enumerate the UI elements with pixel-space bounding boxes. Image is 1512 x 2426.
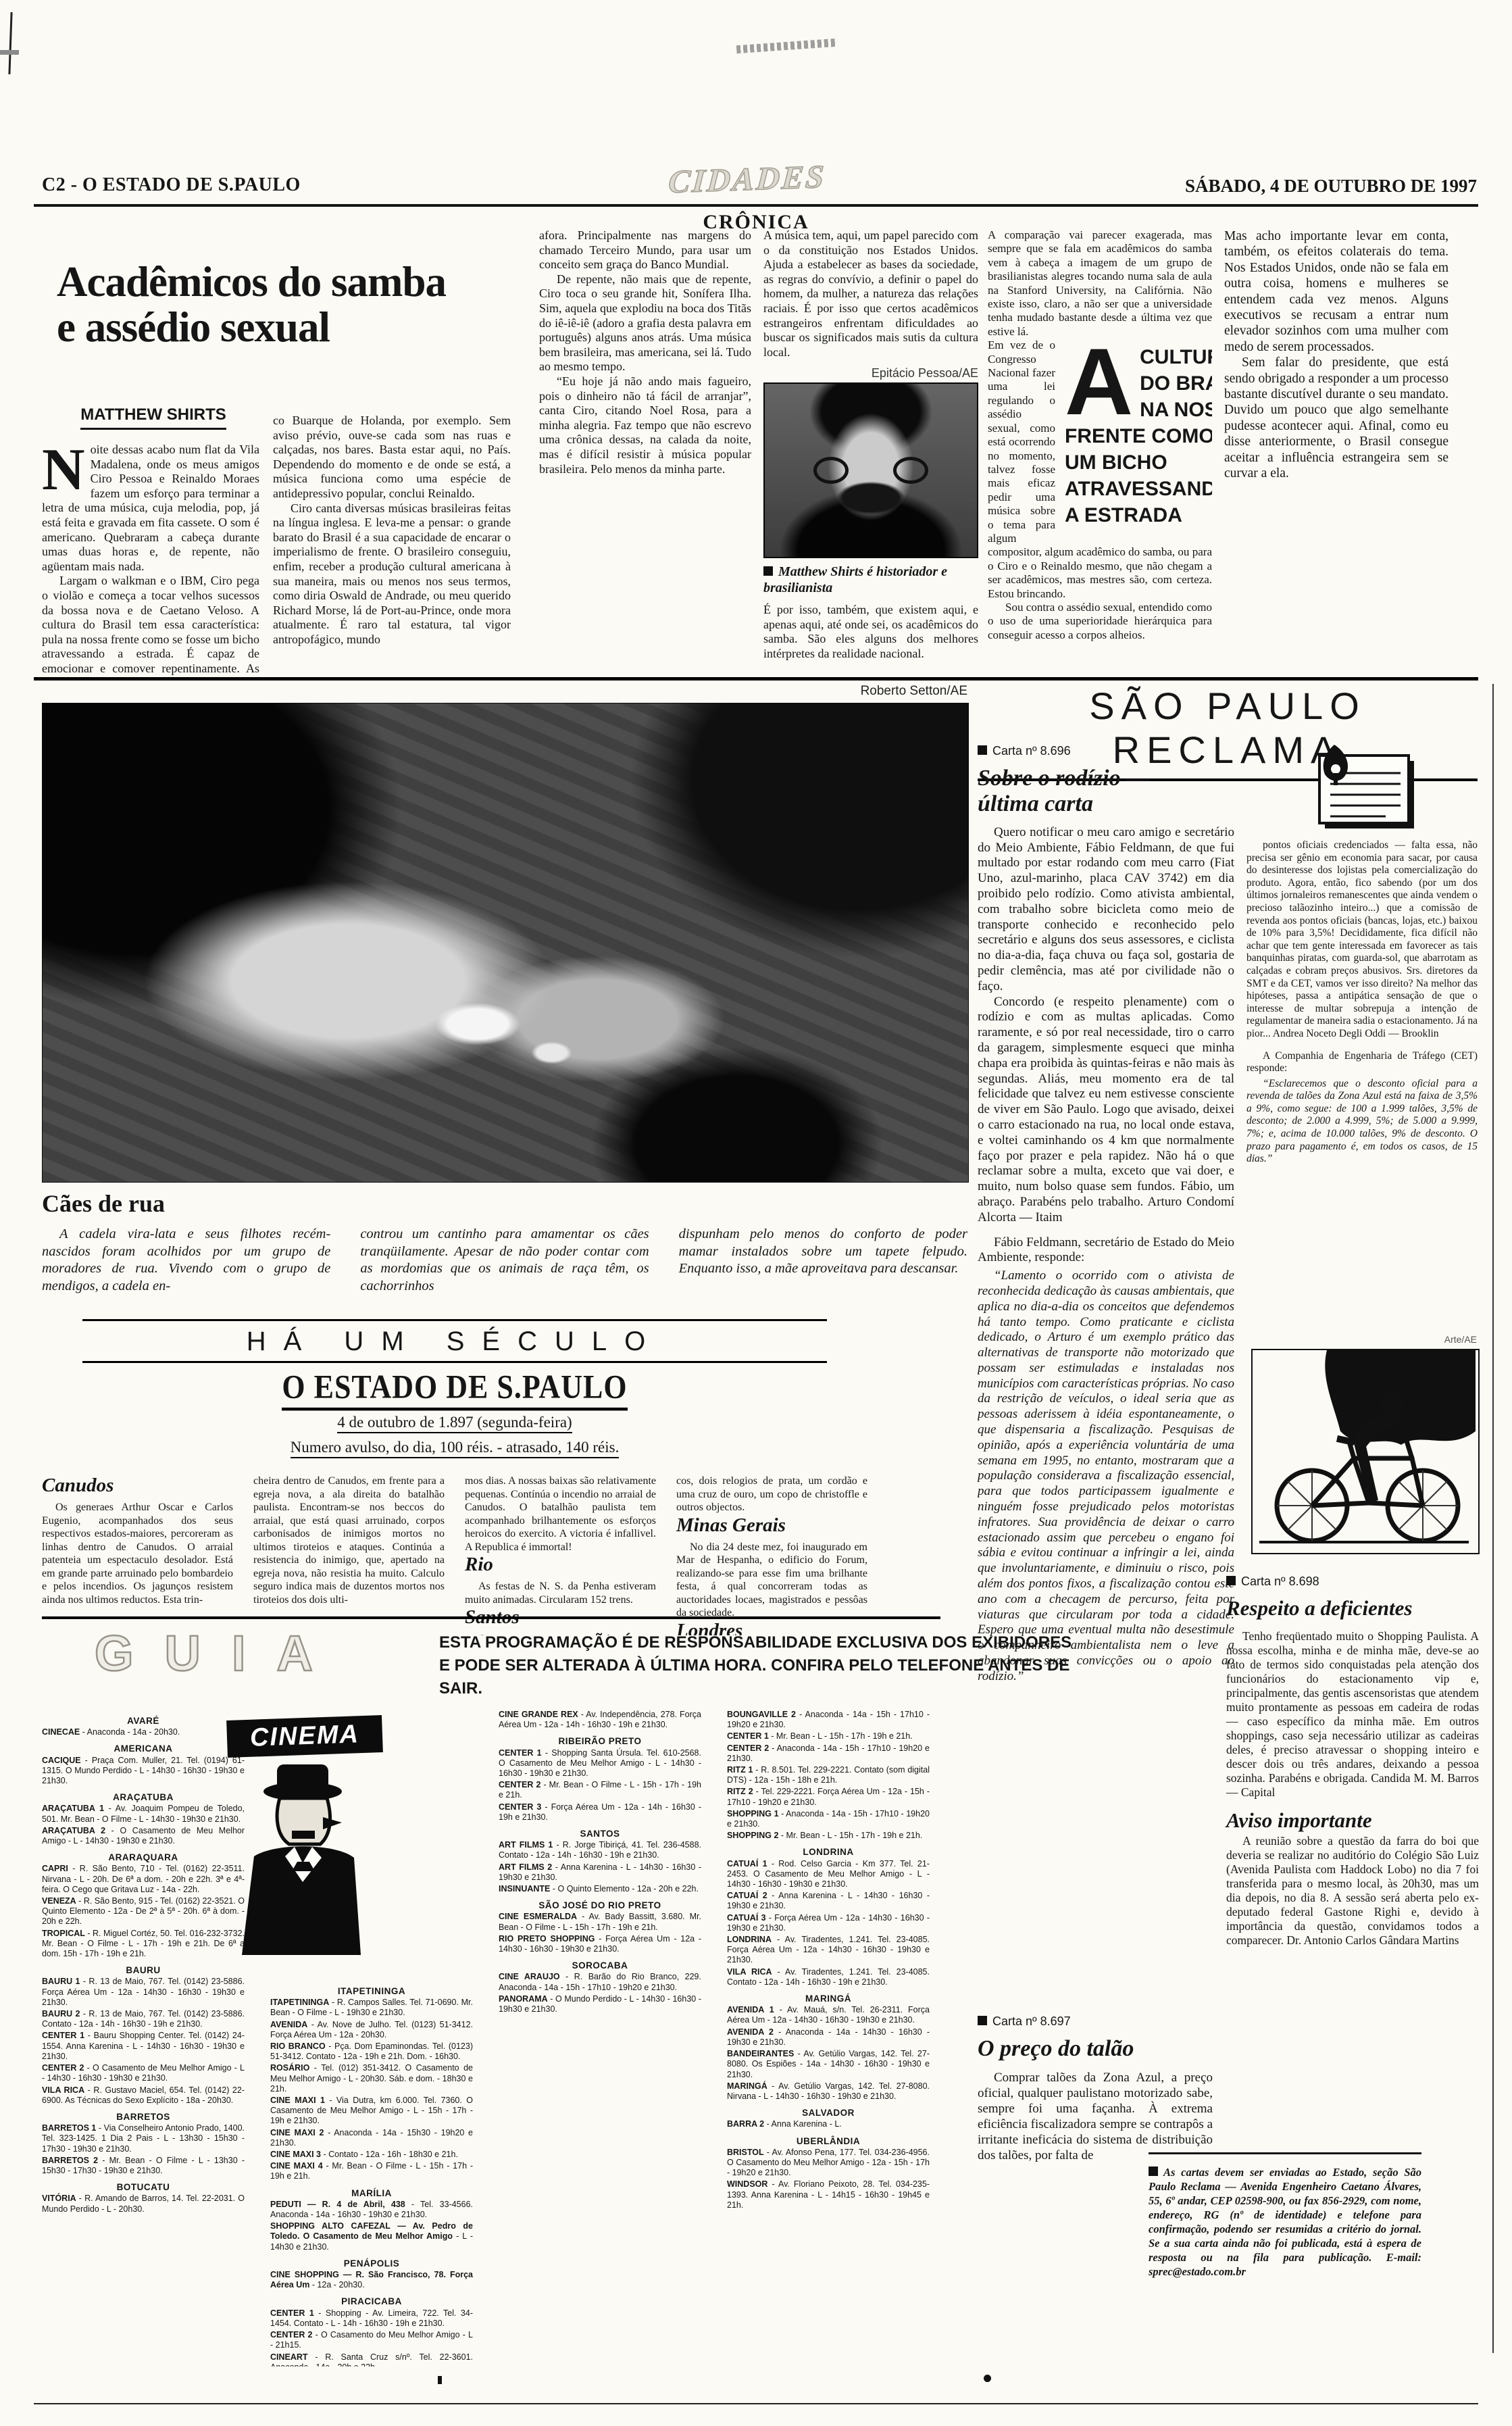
print-edge-mark [8, 12, 12, 74]
guide-watermark: GUIA [95, 1625, 344, 1682]
cinema-entry: CENTER 2 - O Casamento de Meu Melhor Ami… [42, 2063, 245, 2083]
carta-number-label: Carta nº 8.697 [978, 2014, 1213, 2029]
century-ago-columns: CanudosOs generaes Arthur Oscar e Carlos… [42, 1475, 867, 1635]
paragraph: Sem falar do presidente, que está sendo … [1224, 355, 1448, 481]
news-paragraph: As festas de N. S. da Penha estiveram mu… [465, 1580, 656, 1606]
letters-instructions-box: As cartas devem ser enviadas ao Estado, … [1149, 2152, 1421, 2279]
article-paragraph: A comparação vai parecer exagerada, mas … [988, 228, 1212, 339]
old-price-line: Numero avulso, do dia, 100 réis. - atras… [42, 1439, 867, 1458]
cinema-entry: CENTER 2 - Anaconda - 14a - 15h - 17h10 … [727, 1743, 930, 1764]
cinema-entry: CATUAÍ 3 - Força Aérea Um - 12a - 14h30 … [727, 1913, 930, 1933]
article-byline: MATTHEW SHIRTS [42, 405, 265, 430]
cinema-city-header: BAURU [42, 1965, 245, 1975]
illustration-credit: Arte/AE [1251, 1334, 1477, 1345]
cinema-city-header: PENÁPOLIS [270, 2258, 473, 2269]
article-column-2: co Buarque de Holanda, por exemplo. Sem … [273, 414, 511, 677]
news-paragraph: cheira dentro de Canudos, em frente para… [253, 1475, 445, 1606]
header-rule [34, 204, 1478, 207]
article-column-4: A música tem, aqui, um papel parecido co… [763, 228, 978, 681]
column-rule [1492, 684, 1494, 2353]
article-column-5: A comparação vai parecer exagerada, mas … [988, 228, 1212, 681]
cinema-entry: TROPICAL - R. Miguel Cortéz, 50. Tel. 01… [42, 1929, 245, 1960]
cinema-entry: CENTER 1 - Mr. Bean - L - 15h - 17h - 19… [727, 1731, 930, 1741]
cinema-entry: CATUAÍ 1 - Rod. Celso Garcia - Km 377. T… [727, 1859, 930, 1890]
paragraph: Quero notificar o meu caro amigo e secre… [978, 825, 1234, 995]
cinema-entry: PANORAMA - O Mundo Perdido - L - 14h30 -… [499, 1994, 701, 2014]
cinema-entry: CENTER 2 - O Casamento do Meu Melhor Ami… [270, 2330, 473, 2350]
cinema-entry: BOUNGAVILLE 2 - Anaconda - 14a - 15h - 1… [727, 1710, 930, 1730]
cinema-city-header: ARAÇATUBA [42, 1792, 245, 1802]
cinema-entry: CENTER 1 - Shopping - Av. Limeira, 722. … [270, 2308, 473, 2329]
pull-quote: A CULTURADO BRASIL PULANA NOSSAFRENTE CO… [1065, 344, 1212, 528]
page-number-edition: C2 - O ESTADO DE S.PAULO [42, 174, 301, 196]
cyclist-drawing-icon [1253, 1350, 1476, 1550]
print-registration-mark [438, 2376, 442, 2384]
paragraph: “Eu hoje já não ando mais fagueiro, pois… [539, 374, 751, 476]
paragraph: Mas acho importante levar em conta, tamb… [1224, 228, 1448, 355]
cinema-entry: AVENIDA 2 - Anaconda - 14a - 14h30 - 16h… [727, 2027, 930, 2048]
century-ago-column: cos, dois relogios de prata, um cordão e… [676, 1475, 867, 1635]
paragraph: Concordo (e respeito plenamente) com o r… [978, 995, 1234, 1226]
article-headline: Acadêmicos do samba e assédio sexual [57, 259, 536, 350]
cinema-entry: BAURU 2 - R. 13 de Maio, 767. Tel. (0142… [42, 2009, 245, 2029]
cinema-listings-column: AVARÉCINECAE - Anaconda - 14a - 20h30.AM… [42, 1710, 245, 2367]
news-heading: Canudos [42, 1475, 233, 1497]
cinema-entry: CINE MAXI 2 - Anaconda - 14a - 15h30 - 1… [270, 2128, 473, 2148]
bullet-square-icon [1226, 1576, 1236, 1585]
bullet-square-icon [978, 2016, 987, 2025]
cinema-entry: ART FILMS 1 - R. Jorge Tibiriçá, 41. Tel… [499, 1840, 701, 1860]
carta-number-label: Carta nº 8.696 [978, 743, 1234, 759]
headline-line2: e assédio sexual [57, 303, 330, 351]
cinema-entry: CINE MAXI 1 - Via Dutra, km 6.000. Tel. … [270, 2096, 473, 2127]
century-ago-column: CanudosOs generaes Arthur Oscar e Carlos… [42, 1475, 233, 1635]
pull-quote-line: ATRAVESSANDO [1065, 476, 1212, 502]
cinema-entry: CENTER 2 - Mr. Bean - O Filme - L - 15h … [499, 1780, 701, 1800]
section-divider-rule [34, 677, 1478, 680]
letter-title: Aviso importante [1226, 1813, 1479, 1827]
cinema-entry: CACIQUE - Praça Com. Muller, 21. Tel. (0… [42, 1756, 245, 1787]
cinema-city-header: ITAPETININGA [270, 1986, 473, 1996]
pull-quote-line: A ESTRADA [1065, 502, 1212, 528]
letter-body: Tenho freqüentado muito o Shopping Pauli… [1226, 1629, 1479, 1800]
letter-body: Comprar talões da Zona Azul, a preço ofi… [978, 2070, 1213, 2163]
headline-line1: Acadêmicos do samba [57, 258, 446, 305]
letter-title: O preço do talão [978, 2036, 1213, 2062]
print-smudge [0, 50, 19, 55]
cinema-entry: RITZ 1 - R. 8.501. Tel. 229-2221. Contat… [727, 1765, 930, 1785]
article-column-4-text: A música tem, aqui, um papel parecido co… [763, 228, 978, 360]
print-registration-mark [984, 2375, 991, 2382]
reclama-letter-8698: Carta nº 8.698 Respeito a deficientes Te… [1226, 1575, 1479, 1948]
cinema-entry: CENTER 1 - Bauru Shopping Center. Tel. (… [42, 2031, 245, 2062]
paragraph: co Buarque de Holanda, por exemplo. Sem … [273, 414, 511, 501]
article-column-6: Mas acho importante levar em conta, tamb… [1224, 228, 1448, 677]
old-masthead: O ESTADO DE S.PAULO [282, 1368, 627, 1411]
disclaimer-line: ESTA PROGRAMAÇÃO É DE RESPONSABILIDADE E… [439, 1631, 1108, 1654]
letter-body: pontos oficiais credenciados — falta ess… [1246, 839, 1478, 1041]
cinema-entry: CINE ARAUJO - R. Barão do Rio Branco, 22… [499, 1972, 701, 1992]
cinema-city-header: ARARAQUARA [42, 1852, 245, 1862]
cinema-city-header: MARÍLIA [270, 2188, 473, 2198]
cinema-entry: CINE SHOPPING — R. São Francisco, 78. Fo… [270, 2270, 473, 2290]
cinema-entry: BANDEIRANTES - Av. Getúlio Vargas, 142. … [727, 2049, 930, 2080]
street-photo-credit: Roberto Setton/AE [750, 684, 967, 699]
paragraph: afora. Principalmente nas margens do cha… [539, 228, 751, 272]
cinema-city-header: UBERLÂNDIA [727, 2136, 930, 2146]
caption-column: controu um cantinho para amamentar os cã… [360, 1226, 649, 1295]
paragraph: É por isso, também, que existem aqui, e … [763, 603, 978, 661]
cinema-entry: ART FILMS 2 - Anna Karenina - L - 14h30 … [499, 1862, 701, 1883]
article-column-1: Noite dessas acabo num flat da Vila Mada… [42, 443, 259, 676]
street-dogs-photo [42, 703, 969, 1183]
century-ago-column: mos dias. A nossas baixas são relativame… [465, 1475, 656, 1635]
responder-intro: Fábio Feldmann, secretário de Estado do … [978, 1235, 1234, 1266]
cinema-entry: RIO PRETO SHOPPING - Força Aérea Um - 12… [499, 1934, 701, 1954]
cinema-city-header: LONDRINA [727, 1847, 930, 1857]
cinema-entry: ARAÇATUBA 1 - Av. Joaquim Pompeu de Tole… [42, 1804, 245, 1824]
cinema-city-header: PIRACICABA [270, 2296, 473, 2306]
cinema-entry: CAPRI - R. São Bento, 710 - Tel. (0162) … [42, 1864, 245, 1895]
page-date: SÁBADO, 4 DE OUTUBRO DE 1997 [1185, 176, 1477, 197]
century-ago-section: HÁ UM SÉCULO O ESTADO DE S.PAULO 4 de ou… [42, 1319, 867, 1635]
cinema-entry: BAURU 1 - R. 13 de Maio, 767. Tel. (0142… [42, 1977, 245, 2008]
caption-column: A cadela vira-lata e seus filhotes recém… [42, 1226, 330, 1295]
news-paragraph: cos, dois relogios de prata, um cordão e… [676, 1475, 867, 1514]
paragraph: Ciro canta diversas músicas brasileiras … [273, 501, 511, 647]
portrait-photo-credit: Epitácio Pessoa/AE [763, 366, 978, 381]
newspaper-page: C2 - O ESTADO DE S.PAULO CIDADES SÁBADO,… [0, 0, 1512, 2426]
guide-rule [42, 1616, 940, 1619]
cinema-entry: CINE MAXI 4 - Mr. Bean - O Filme - L - 1… [270, 2161, 473, 2181]
disclaimer-line: E PODE SER ALTERADA À ÚLTIMA HORA. CONFI… [439, 1654, 1108, 1700]
cinema-entry: WINDSOR - Av. Floriano Peixoto, 28. Tel.… [727, 2179, 930, 2210]
paragraph: A música tem, aqui, um papel parecido co… [763, 228, 978, 360]
portrait-caption: Matthew Shirts é historiador e brasilian… [763, 564, 978, 596]
reclama-letter-8696: Carta nº 8.696 Sobre o rodízio —última c… [978, 743, 1234, 2004]
cinema-entry: SHOPPING ALTO CAFEZAL — Av. Pedro de Tol… [270, 2221, 473, 2252]
letter-body: Quero notificar o meu caro amigo e secre… [978, 825, 1234, 1226]
cinema-entry: BARRETOS 2 - Mr. Bean - O Filme - L - 13… [42, 2156, 245, 2176]
caption-column: dispunham pelo menos do conforto de pode… [679, 1226, 967, 1295]
cinema-city-header: RIBEIRÃO PRETO [499, 1736, 701, 1746]
cinema-entry: SHOPPING 2 - Mr. Bean - L - 15h - 17h - … [727, 1831, 930, 1841]
cinema-entry: RITZ 2 - Tel. 229-2221. Força Aérea Um -… [727, 1787, 930, 1807]
paragraph: pontos oficiais credenciados — falta ess… [1246, 839, 1478, 1041]
section-watermark: CIDADES [667, 158, 827, 201]
cinema-entry: BARRA 2 - Anna Karenina - L. [727, 2119, 930, 2129]
cinema-city-header: SÃO JOSÉ DO RIO PRETO [499, 1900, 701, 1910]
cinema-entry: VILA RICA - Av. Tiradentes, 1.241. Tel. … [727, 1967, 930, 1987]
paragraph: Largam o walkman e o IBM, Ciro pega o vi… [42, 574, 259, 676]
cinema-city-header: AVARÉ [42, 1716, 245, 1726]
pull-quote-line: FRENTE COMO [1065, 423, 1212, 449]
cinema-entry: LONDRINA - Av. Tiradentes, 1.241. Tel. 2… [727, 1935, 930, 1966]
reclama-letter-zona-azul: pontos oficiais credenciados — falta ess… [1246, 743, 1478, 1343]
official-reply: “Lamento o ocorrido com o ativista de re… [978, 1268, 1234, 1685]
paragraph: De repente, não mais que de repente, Cir… [539, 272, 751, 374]
cinema-entry: BRISTOL - Av. Afonso Pena, 177. Tel. 034… [727, 2148, 930, 2179]
bullet-square-icon [978, 745, 987, 755]
cinema-city-header: AMERICANA [42, 1743, 245, 1754]
fountain-pen-letter-icon [1305, 743, 1419, 833]
carta-number-label: Carta nº 8.698 [1226, 1575, 1479, 1589]
cinema-entry: INSINUANTE - O Quinto Elemento - 12a - 2… [499, 1884, 701, 1894]
century-ago-title: HÁ UM SÉCULO [42, 1321, 867, 1361]
cinema-city-header: BARRETOS [42, 2112, 245, 2122]
cinema-city-header: SOROCABA [499, 1960, 701, 1971]
cinema-entry: ITAPETININGA - R. Campos Salles. Tel. 71… [270, 1998, 473, 2018]
cinema-entry: PEDUTI — R. 4 de Abril, 438 - Tel. 33-45… [270, 2200, 473, 2220]
letter-body: A reunião sobre a questão da farra do bo… [1226, 1834, 1479, 1948]
cinema-entry: CENTER 1 - Shopping Santa Úrsula. Tel. 6… [499, 1748, 701, 1779]
cinema-entry: SHOPPING 1 - Anaconda - 14a - 15h - 17h1… [727, 1809, 930, 1829]
cinema-listings-column: ITAPETININGAITAPETININGA - R. Campos Sal… [270, 1710, 473, 2367]
article-column-3: afora. Principalmente nas margens do cha… [539, 228, 751, 677]
cinema-city-header: MARINGÁ [727, 1994, 930, 2004]
photo-story-caption: A cadela vira-lata e seus filhotes recém… [42, 1226, 967, 1295]
cinema-entry: ROSÁRIO - Tel. (012) 351-3412. O Casamen… [270, 2063, 473, 2094]
bullet-square-icon [1149, 2167, 1158, 2176]
cyclist-illustration [1251, 1349, 1480, 1554]
cinema-entry: CINE ESMERALDA - Av. Bady Bassitt, 3.680… [499, 1912, 701, 1932]
pull-quote-dropcap: A [1065, 347, 1133, 417]
cinema-entry: AVENIDA 1 - Av. Mauá, s/n. Tel. 26-2311.… [727, 2005, 930, 2025]
paragraph: Noite dessas acabo num flat da Vila Mada… [42, 443, 259, 574]
cinema-entry: VILA RICA - R. Gustavo Maciel, 654. Tel.… [42, 2085, 245, 2106]
cinema-entry: VITÓRIA - R. Amando de Barros, 14. Tel. … [42, 2194, 245, 2214]
official-reply: “Esclarecemos que o desconto oficial par… [1246, 1078, 1478, 1166]
cinema-entry: BARRETOS 1 - Via Conselheiro Antonio Pra… [42, 2123, 245, 2154]
news-paragraph: No dia 24 deste mez, foi inaugurado em M… [676, 1541, 867, 1620]
photo-story-title: Cães de rua [42, 1189, 165, 1218]
cinema-city-header: SALVADOR [727, 2108, 930, 2118]
cinema-listings-column: BOUNGAVILLE 2 - Anaconda - 14a - 15h - 1… [727, 1710, 930, 2367]
news-paragraph: mos dias. A nossas baixas são relativame… [465, 1475, 656, 1554]
cinema-entry: CENTER 3 - Força Aérea Um - 12a - 14h - … [499, 1802, 701, 1823]
cinema-entry: CATUAÍ 2 - Anna Karenina - L - 14h30 - 1… [727, 1891, 930, 1911]
cinema-city-header: BOTUCATU [42, 2182, 245, 2192]
cinema-entry: CINECAE - Anaconda - 14a - 20h30. [42, 1727, 245, 1737]
cinema-entry: MARINGÁ - Av. Getúlio Vargas, 142. Tel. … [727, 2081, 930, 2102]
cinema-entry: VENEZA - R. São Bento, 915 - Tel. (0162)… [42, 1896, 245, 1927]
cinema-entry: CINE GRANDE REX - Av. Independência, 278… [499, 1710, 701, 1730]
cinema-entry: AVENIDA - Av. Nove de Julho. Tel. (0123)… [270, 2020, 473, 2040]
paragraph: Sou contra o assédio sexual, entendido c… [988, 601, 1212, 642]
cinema-listings-column: CINE GRANDE REX - Av. Independência, 278… [499, 1710, 701, 2367]
cinema-entry: CINE MAXI 3 - Contato - 12a - 16h - 18h3… [270, 2150, 473, 2160]
matthew-shirts-portrait-photo [763, 382, 978, 558]
article-column-4-text-cont: É por isso, também, que existem aqui, e … [763, 603, 978, 661]
cinema-entry: ARAÇATUBA 2 - O Casamento de Meu Melhor … [42, 1826, 245, 1846]
news-paragraph: Os generaes Arthur Oscar e Carlos Eugeni… [42, 1501, 233, 1606]
cinema-entry: RIO BRANCO - Pça. Dom Epaminondas. Tel. … [270, 2041, 473, 2062]
cinema-entry: CINEART - R. Santa Cruz s/nº. Tel. 22-36… [270, 2352, 473, 2367]
news-heading: Rio [465, 1554, 656, 1576]
old-date-line: 4 de outubro de 1.897 (segunda-feira) [42, 1414, 867, 1433]
guide-disclaimer: ESTA PROGRAMAÇÃO É DE RESPONSABILIDADE E… [439, 1631, 1108, 1700]
letter-title: Sobre o rodízio —última carta [978, 766, 1234, 817]
bullet-square-icon [763, 566, 773, 576]
reclama-letter-8697: Carta nº 8.697 O preço do talão Comprar … [978, 2014, 1213, 2163]
century-ago-column: cheira dentro de Canudos, em frente para… [253, 1475, 445, 1635]
news-heading: Minas Gerais [676, 1514, 867, 1537]
page-bottom-rule [34, 2403, 1478, 2404]
handwriting-smudge [736, 39, 838, 53]
cinema-city-header: SANTOS [499, 1829, 701, 1839]
responder-intro: A Companhia de Engenharia de Tráfego (CE… [1246, 1050, 1478, 1075]
letter-title: Respeito a deficientes [1226, 1595, 1479, 1621]
pull-quote-line: UM BICHO [1065, 449, 1212, 476]
